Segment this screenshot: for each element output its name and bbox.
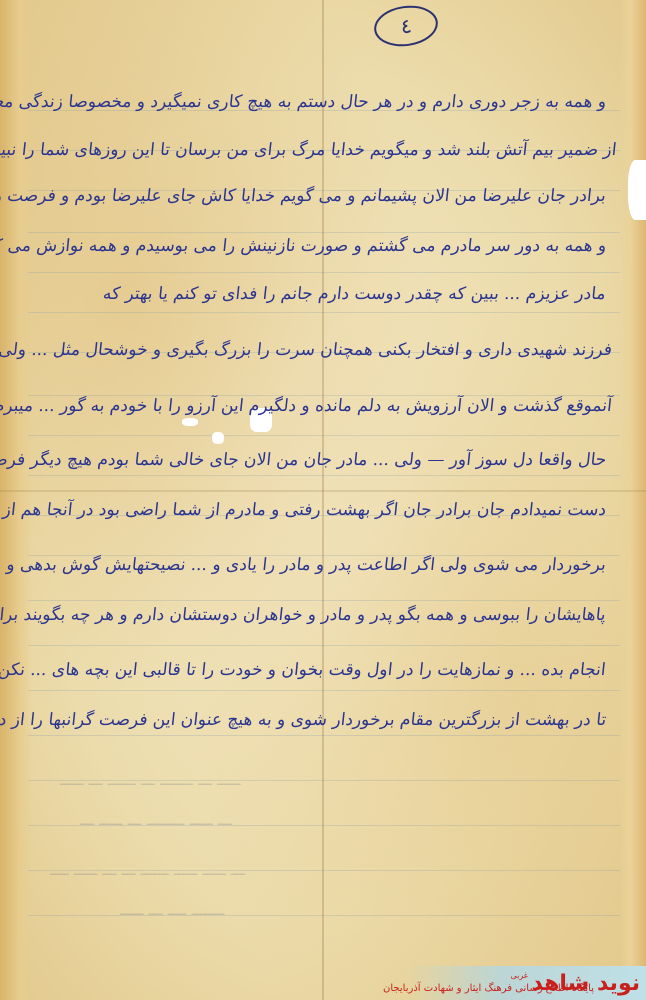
letter-line: پاهایشان را ببوسی و همه بگو پدر و مادر و…: [0, 605, 607, 625]
ruled-line: [28, 645, 620, 646]
letter-line: و همه به زجر دوری دارم و در هر حال دستم …: [0, 92, 607, 112]
scanned-letter-page: ٤ و همه به زجر دوری دارم و در هر حال دست…: [0, 0, 646, 1000]
ruled-line: [28, 232, 620, 233]
letter-line: تا در بهشت از بزرگترین مقام برخوردار شوی…: [0, 710, 607, 730]
paper-hole: [182, 418, 198, 426]
letter-line: انجام بده ... و نمازهایت را در اول وقت ب…: [0, 660, 607, 680]
page-number: ٤: [372, 2, 441, 51]
letter-line: از ضمیر بیم آتش بلند شد و میگویم خدایا م…: [0, 140, 617, 160]
paper-edge-right: [620, 0, 646, 1000]
paper-tear: [628, 160, 646, 220]
ruled-line: [28, 690, 620, 691]
letter-line: مادر عزیزم ... ببین که چقدر دوست دارم جا…: [102, 284, 607, 304]
bleed-through-text: ـــــ ـــ ــــــ ـــ ـــــــ ـــ ـــــ: [60, 770, 241, 789]
watermark-region: غربی: [511, 971, 529, 980]
ruled-line: [28, 600, 620, 601]
watermark-banner: غربی پایگاه اطلاع رسانی فرهنگ ایثار و شه…: [406, 966, 646, 1000]
letter-line: برخوردار می شوی ولی اگر اطاعت پدر و مادر…: [0, 555, 607, 575]
ruled-line: [28, 312, 620, 313]
letter-line: برادر جان علیرضا من الان پشیمانم و می گو…: [0, 186, 607, 206]
letter-line: و همه به دور سر مادرم می گشتم و صورت ناز…: [0, 236, 607, 256]
letter-line: فرزند شهیدی داری و افتخار بکنی همچنان سر…: [0, 340, 613, 360]
ruled-line: [28, 435, 620, 436]
letter-line: حال واقعا دل سوز آور — ولی ... مادر جان …: [0, 450, 607, 470]
ruled-line: [28, 272, 620, 273]
bleed-through-text: ـــ ـــــ ـــ ــــــــ ـــــ ـــ: [80, 810, 232, 829]
letter-line: دست نمیدادم جان برادر جان اگر بهشت رفتی …: [0, 500, 607, 520]
ruled-line: [28, 915, 620, 916]
paper-hole: [212, 432, 224, 444]
bleed-through-text: ــــ ـــــ ـــ ـــ ــــــ ـــــ ـــــ ــ…: [50, 860, 245, 879]
ruled-line: [28, 735, 620, 736]
bleed-through-text: ـــــ ـــ ــــ ـــــــ: [120, 900, 224, 919]
letter-line: آنموقع گذشت و الان آرزویش به دلم مانده و…: [0, 396, 613, 416]
ruled-line: [28, 475, 620, 476]
paper-fold-horizontal: [0, 490, 646, 492]
navid-shahed-logo: نوید شاهد: [531, 971, 640, 996]
